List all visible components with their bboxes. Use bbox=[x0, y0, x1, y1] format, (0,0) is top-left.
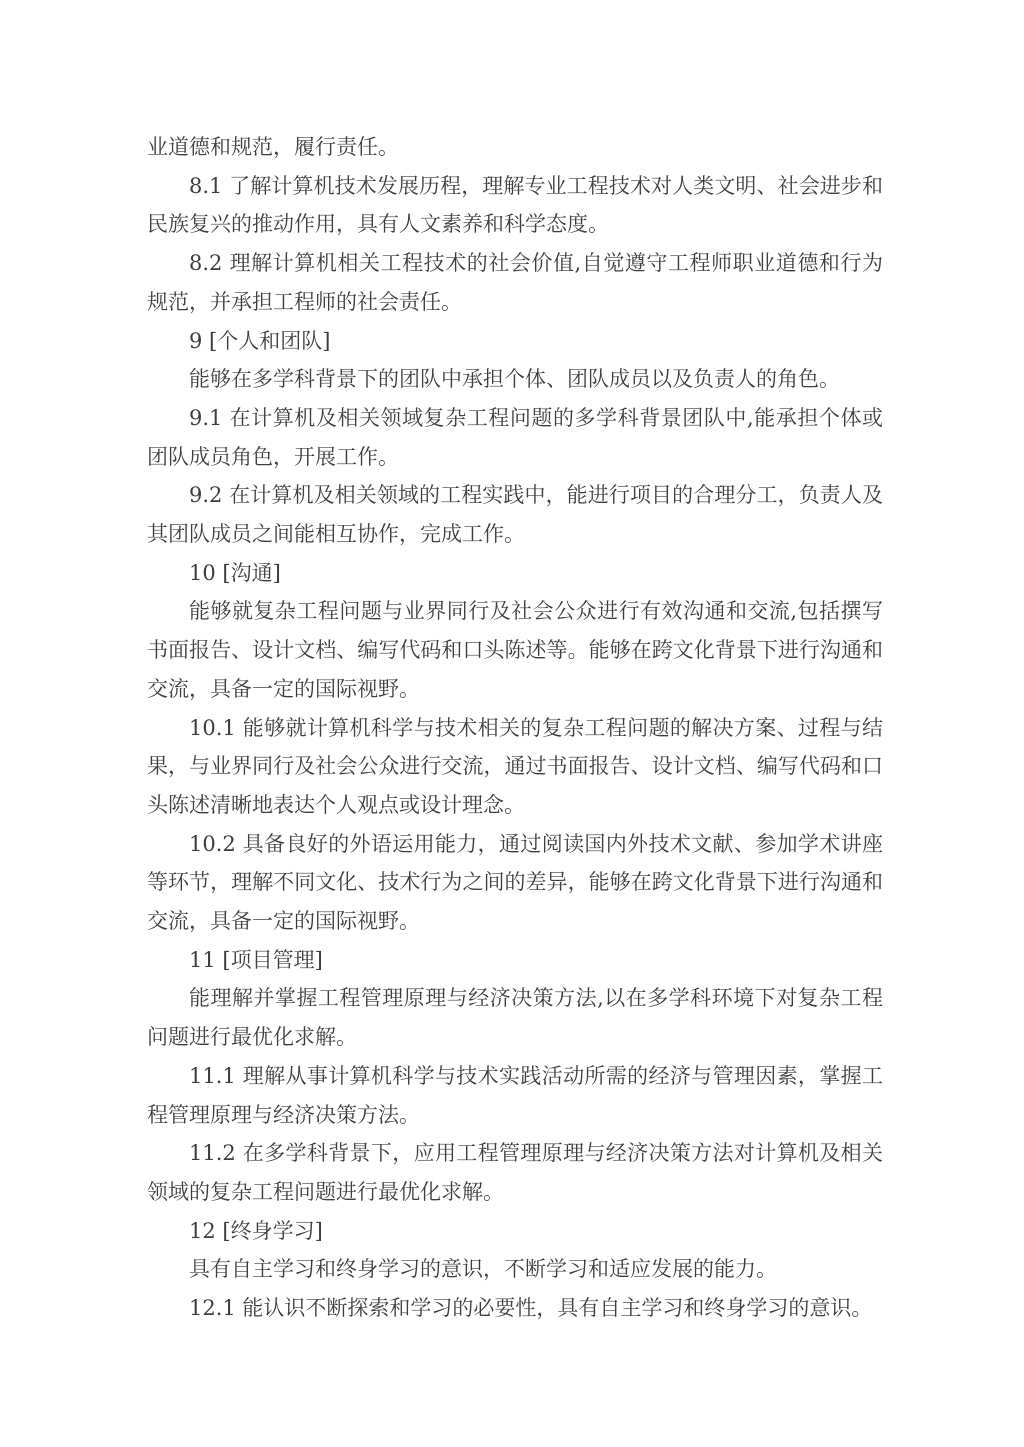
paragraph-7: 9.2 在计算机及相关领域的工程实践中，能进行项目的合理分工，负责人及其团队成员… bbox=[147, 476, 883, 553]
paragraph-17: 具有自主学习和终身学习的意识，不断学习和适应发展的能力。 bbox=[147, 1250, 883, 1289]
paragraph-15: 11.2 在多学科背景下，应用工程管理原理与经济决策方法对计算机及相关领域的复杂… bbox=[147, 1134, 883, 1211]
paragraph-3: 8.2 理解计算机相关工程技术的社会价值,自觉遵守工程师职业道德和行为规范，并承… bbox=[147, 244, 883, 321]
paragraph-5: 能够在多学科背景下的团队中承担个体、团队成员以及负责人的角色。 bbox=[147, 360, 883, 399]
paragraph-14: 11.1 理解从事计算机科学与技术实践活动所需的经济与管理因素，掌握工程管理原理… bbox=[147, 1057, 883, 1134]
paragraph-8: 10 [沟通] bbox=[147, 554, 883, 593]
paragraph-11: 10.2 具备良好的外语运用能力，通过阅读国内外技术文献、参加学术讲座等环节，理… bbox=[147, 825, 883, 941]
paragraph-9: 能够就复杂工程问题与业界同行及社会公众进行有效沟通和交流,包括撰写书面报告、设计… bbox=[147, 592, 883, 708]
paragraph-16: 12 [终身学习] bbox=[147, 1212, 883, 1251]
paragraph-10: 10.1 能够就计算机科学与技术相关的复杂工程问题的解决方案、过程与结果，与业界… bbox=[147, 709, 883, 825]
paragraph-18: 12.1 能认识不断探索和学习的必要性，具有自主学习和终身学习的意识。 bbox=[147, 1289, 883, 1328]
paragraph-2: 8.1 了解计算机技术发展历程，理解专业工程技术对人类文明、社会进步和民族复兴的… bbox=[147, 167, 883, 244]
paragraph-1: 业道德和规范，履行责任。 bbox=[147, 128, 883, 167]
paragraph-13: 能理解并掌握工程管理原理与经济决策方法,以在多学科环境下对复杂工程问题进行最优化… bbox=[147, 979, 883, 1056]
document-body: 业道德和规范，履行责任。8.1 了解计算机技术发展历程，理解专业工程技术对人类文… bbox=[147, 128, 883, 1328]
paragraph-12: 11 [项目管理] bbox=[147, 941, 883, 980]
paragraph-6: 9.1 在计算机及相关领域复杂工程问题的多学科背景团队中,能承担个体或团队成员角… bbox=[147, 399, 883, 476]
paragraph-4: 9 [个人和团队] bbox=[147, 322, 883, 361]
document-page: 业道德和规范，履行责任。8.1 了解计算机技术发展历程，理解专业工程技术对人类文… bbox=[0, 0, 1024, 1447]
